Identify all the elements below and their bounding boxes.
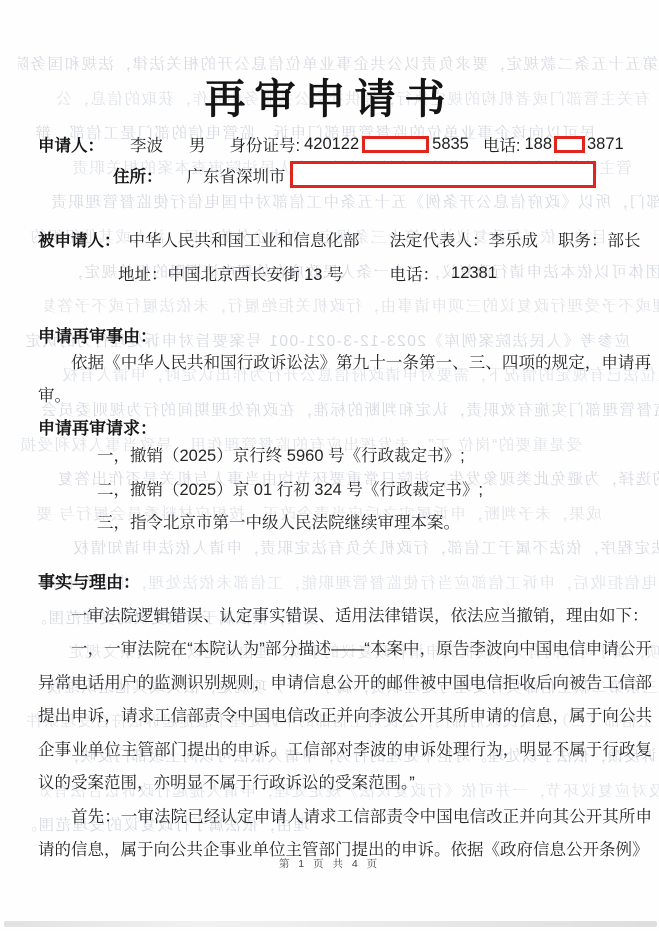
- legal-rep-label: 法定代表人：: [390, 227, 489, 251]
- phone-label: 电话:: [483, 132, 521, 156]
- scan-bottom-edge: [4, 921, 657, 927]
- document-content: 再审申请书 申请人： 李波 男 身份证号: 420122 5835 电话: 18…: [0, 0, 659, 931]
- cause-heading: 申请再审事由：: [38, 322, 157, 347]
- respondent-phone-label: 电话：: [390, 261, 440, 285]
- residence-prefix: 广东省深圳市: [187, 163, 286, 187]
- request-heading: 申请再审请求：: [38, 414, 157, 439]
- facts-section: 事实与理由： 一审法院逻辑错误、认定事实错误、适用法律错误，依法应当撤销，理由如…: [38, 566, 652, 868]
- redaction-box-address: [290, 161, 597, 188]
- residence-row: 住所： 广东省深圳市: [38, 161, 596, 188]
- document-page: 第五十五条二款规定，要求负责以公共企事业单位信息公开的相关法律，法规和国务院有关…: [0, 0, 659, 931]
- respondent-label: 被申请人：: [38, 227, 121, 251]
- request-item: 二，撤销（2025）京 01 行初 324 号《行政裁定书》;: [97, 474, 483, 508]
- address-value: 中国北京西长安街 13 号: [168, 261, 344, 285]
- respondent-address-row: 地址： 中国北京西长安街 13 号 电话： 12381: [118, 261, 651, 285]
- respondent-name: 中华人民共和国工业和信息化部: [129, 227, 360, 251]
- applicant-row: 申请人： 李波 男 身份证号: 420122 5835 电话: 188 3871: [38, 132, 651, 156]
- id-suffix: 5835: [432, 135, 469, 154]
- redaction-box-phone: [554, 136, 585, 153]
- phone-prefix: 188: [524, 135, 552, 154]
- phone-suffix: 3871: [587, 135, 624, 154]
- request-item: 一，撤销（2025）京行终 5960 号《行政裁定书》;: [97, 440, 483, 474]
- request-item: 三，指令北京市第一中级人民法院继续审理本案。: [97, 507, 483, 541]
- facts-paragraph: 一审法院逻辑错误、认定事实错误、适用法律错误，依法应当撤销，理由如下：: [38, 600, 652, 634]
- applicant-gender: 男: [189, 132, 206, 156]
- address-label: 地址：: [118, 261, 168, 285]
- page-footer: 第 1 页 共 4 页: [0, 856, 659, 871]
- cause-body: 依据《中华人民共和国行政诉讼法》第九十一条第一、三、四项的规定，申请再审。: [38, 347, 651, 413]
- residence-label: 住所：: [113, 163, 163, 187]
- post-value: 部长: [608, 227, 641, 251]
- legal-rep-name: 李乐成: [489, 227, 539, 251]
- id-label: 身份证号:: [230, 132, 301, 156]
- id-prefix: 420122: [304, 135, 359, 154]
- facts-heading: 事实与理由：: [38, 566, 652, 600]
- applicant-name: 李波: [130, 132, 163, 156]
- applicant-label: 申请人：: [38, 132, 104, 156]
- facts-paragraph: 一，一审法院在“本院认为”部分描述——“本案中，原告李波向中国电信申请公开异常电…: [38, 633, 652, 801]
- redaction-box-id: [362, 136, 429, 153]
- respondent-row: 被申请人： 中华人民共和国工业和信息化部 法定代表人： 李乐成 职务： 部长: [38, 227, 651, 251]
- request-list: 一，撤销（2025）京行终 5960 号《行政裁定书》; 二，撤销（2025）京…: [97, 440, 483, 541]
- respondent-phone-value: 12381: [451, 264, 497, 283]
- post-label: 职务：: [558, 227, 608, 251]
- page-title: 再审申请书: [0, 66, 659, 125]
